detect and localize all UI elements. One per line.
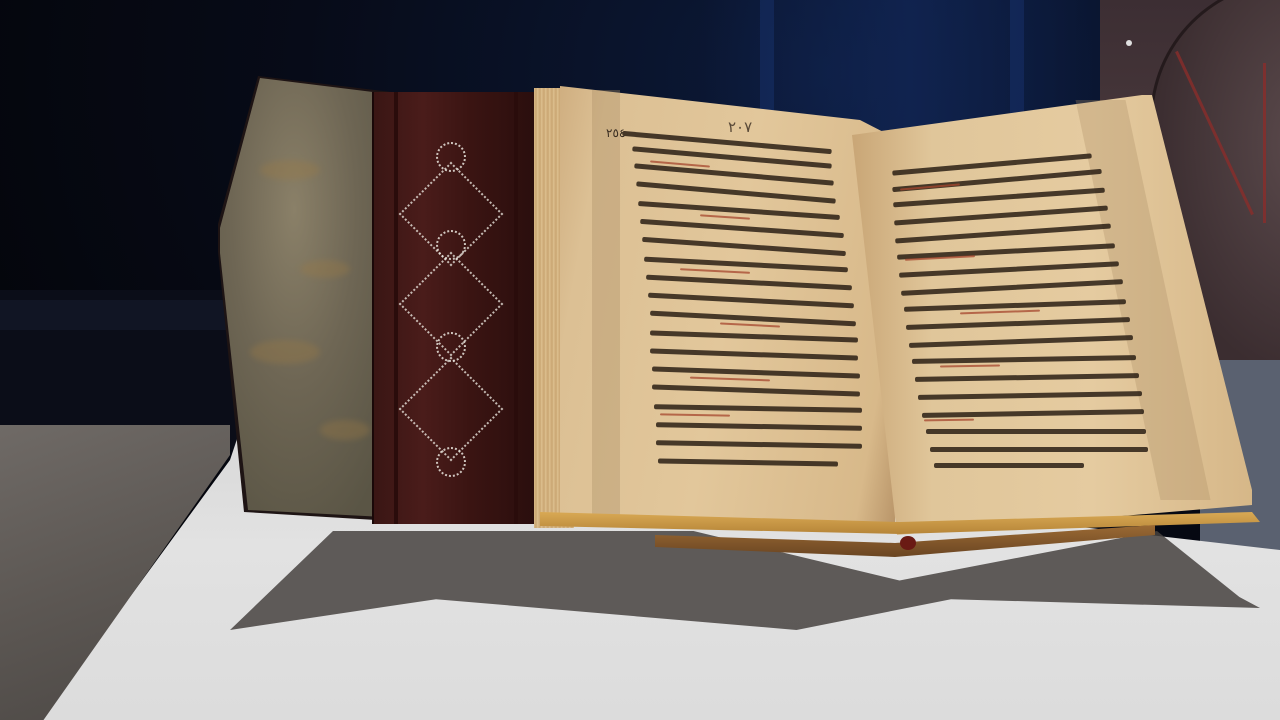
gilt-diamond-ornament xyxy=(399,357,504,462)
background-streak xyxy=(1010,0,1024,130)
marble-mottle xyxy=(300,260,350,278)
left-page-margin xyxy=(592,90,620,520)
leather-spine xyxy=(372,92,538,524)
page-annotation: ٢٠٧ xyxy=(728,118,752,136)
spine-rib xyxy=(514,92,518,524)
script-line xyxy=(926,429,1146,434)
script-line xyxy=(930,447,1148,452)
script-line xyxy=(934,463,1084,468)
marble-mottle xyxy=(250,340,320,364)
spine-rib xyxy=(394,92,398,524)
marble-mottle xyxy=(320,420,370,440)
arch-line xyxy=(1175,51,1254,215)
shelf-band xyxy=(0,300,230,330)
museum-photo: ٢٥٤ ٢٠٧ xyxy=(0,0,1280,720)
gilt-dot-ornament xyxy=(436,447,466,477)
bookmark-bead xyxy=(900,536,916,550)
arch-line xyxy=(1263,63,1266,223)
marble-mottle xyxy=(260,160,320,180)
wall-pin xyxy=(1126,40,1132,46)
